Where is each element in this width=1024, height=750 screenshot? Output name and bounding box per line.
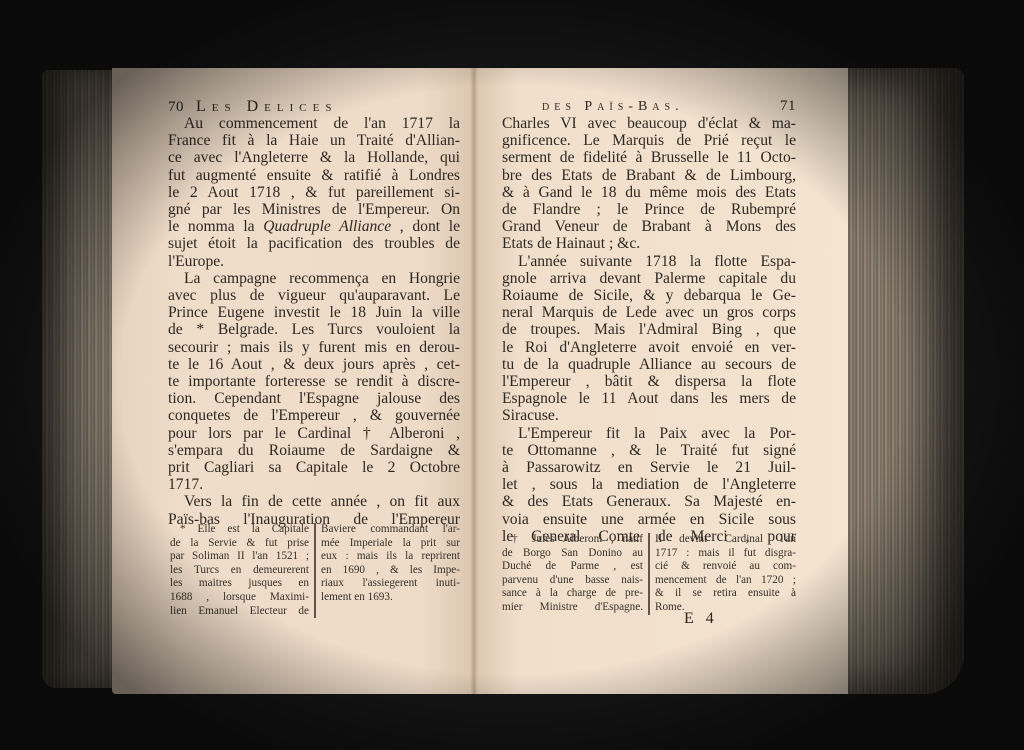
page-number-left: 70 [168, 99, 184, 116]
footnote-line: 1688 , lorsque Maximi- [170, 591, 309, 605]
text-line: à Passarowitz en Servie le 21 Juil- [486, 459, 796, 476]
text-line: Prince Eugene investit le 18 Juin la vil… [152, 304, 460, 321]
text-line: L'Empereur fit la Paix avec la Por- [502, 425, 796, 442]
text-line: Roiaume de Sicile, & y debarqua le Ge- [486, 287, 796, 304]
text-line: de * Belgrade. Les Turcs vouloient la [152, 321, 460, 338]
text-line: Vers la fin de cette année , on fit aux [168, 493, 460, 510]
text-line: te importante forteresse se rendit à dis… [152, 373, 460, 390]
text-line: Espagnole le 11 Aout dans les mers de [486, 390, 796, 407]
footnote-line: mencement de l'an 1720 ; [655, 574, 796, 588]
footnote-line: & il se retira ensuite à [655, 587, 796, 601]
footnote-line: 1717 : mais il fut disgra- [655, 547, 796, 561]
text-line: prit Cagliari sa Capitale le 2 Octobre [152, 459, 460, 476]
text-line: let , sous la mediation de l'Angleterre [486, 476, 796, 493]
text-line: Etats de Hainaut ; &c. [502, 235, 796, 252]
text-line-italic-term: le nomma la Quadruple Alliance , dont le [152, 218, 460, 235]
text-line: le 2 Aout 1718 , & fut pareillement si- [152, 184, 460, 201]
left-page: 70 Les Delices Au commencement de l'an 1… [112, 68, 474, 694]
footnote-line: les Turcs en demeurerent [170, 564, 309, 578]
text-line: serment de fidelité à Brusselle le 11 Oc… [502, 149, 796, 166]
footnote-column-rule [648, 533, 650, 615]
paragraph: Au commencement de l'an 1717 la France f… [168, 115, 460, 270]
footnote-alberoni: † Jules Alberoni , natif de Borgo San Do… [502, 533, 796, 615]
text-line: L'année suivante 1718 la flotte Espa- [502, 253, 796, 270]
text-line: neral Marquis de Lede avec un gros corps [486, 304, 796, 321]
right-running-head: des Païs-Bas. 71 [502, 98, 796, 115]
page-number-right: 71 [780, 98, 796, 115]
text-line: bre des Etats de Brabant & de Limbourg, [502, 167, 796, 184]
text-line: & des Etats Generaux. Sa Majesté en- [486, 493, 796, 510]
footnote-line: eux : mais ils la reprirent [321, 550, 460, 564]
text-line: gnificence. Le Marquis de Prié reçut le [502, 132, 796, 149]
italic-term: Quadruple Alliance [263, 218, 391, 235]
text-line: La campagne recommença en Hongrie [168, 270, 460, 287]
footnote-line: les maitres jusques en [170, 577, 309, 591]
footnote-line: * Elle est la Capitale [170, 523, 309, 537]
footnote-line: en 1690 , & les Impe- [321, 564, 460, 578]
footnote-column-rule [314, 523, 316, 618]
footnote-column-2: Baviere commandant l'ar- mée Imperiale l… [321, 523, 460, 618]
text-line: l'Empereur , bâtit & dispersa la flote [486, 373, 796, 390]
book-gutter [470, 68, 478, 694]
text-line: 1717. [152, 476, 460, 493]
left-running-head: 70 Les Delices [168, 98, 460, 115]
left-page-edges [42, 70, 114, 688]
text-line: gnole arriva devant Palerme capitale du [486, 270, 796, 287]
text-line: secourir ; mais ils y furent mis en dero… [152, 339, 460, 356]
footnote-line: par Soliman II l'an 1521 ; [170, 550, 309, 564]
text-line: Au commencement de l'an 1717 la [168, 115, 460, 132]
right-page-edges [846, 68, 964, 694]
footnote-belgrade: * Elle est la Capitale de la Servie & fu… [170, 523, 460, 618]
paragraph: La campagne recommença en Hongrie avec p… [168, 270, 460, 494]
text-line: sujet étoit la pacification des troubles… [152, 235, 460, 252]
footnote-line: Il devint Cardinal l'an [655, 533, 796, 547]
paragraph: L'année suivante 1718 la flotte Espa- gn… [502, 253, 796, 425]
text-line: le Roi d'Angleterre avoit envoié en ver- [486, 339, 796, 356]
text-line: fut augmenté ensuite & ratifié à Londres [152, 167, 460, 184]
left-page-text: 70 Les Delices Au commencement de l'an 1… [168, 98, 460, 528]
text-line: Charles VI avec beaucoup d'éclat & ma- [502, 115, 796, 132]
text-line: Grand Veneur de Brabant à Mons des [502, 218, 796, 235]
text-line: s'empara du Roiaume de Sardaigne & [152, 442, 460, 459]
paragraph: L'Empereur fit la Paix avec la Por- te O… [502, 425, 796, 545]
footnote-line: de Borgo San Donino au [502, 547, 643, 561]
text-line: avec plus de vigueur qu'auparavant. Le [152, 287, 460, 304]
text-line: de Flandre ; le Prince de Rubempré [502, 201, 796, 218]
footnote-line: lien Emanuel Electeur de [170, 605, 309, 619]
running-title-left: Les Delices [196, 98, 460, 115]
footnote-line: mier Ministre d'Espagne. [502, 601, 643, 615]
footnote-line: de la Servie & fut prise [170, 537, 309, 551]
footnote-line: sance à la charge de pre- [502, 587, 643, 601]
text-line: te le 16 Aout , & deux jours après , cet… [152, 356, 460, 373]
right-page: des Païs-Bas. 71 Charles VI avec beaucou… [474, 68, 848, 694]
text-line: tion. Cependant l'Espagne jalouse des [152, 390, 460, 407]
text-line: & à Gand le 18 du même mois des Etats [502, 184, 796, 201]
text-line: ce avec l'Angleterre & la Hollande, qui [152, 149, 460, 166]
footnote-line: parvenu d'une basse nais- [502, 574, 643, 588]
paragraph: Charles VI avec beaucoup d'éclat & ma- g… [502, 115, 796, 253]
text-line: l'Europe. [152, 253, 460, 270]
footnote-line: Duché de Parme , est [502, 560, 643, 574]
text-line: gné par les Ministres de l'Empereur. On [152, 201, 460, 218]
footnote-line: Baviere commandant l'ar- [321, 523, 460, 537]
text-line: te Ottomanne , & le Traité fut signé [486, 442, 796, 459]
footnote-column-2: Il devint Cardinal l'an 1717 : mais il f… [655, 533, 796, 615]
right-page-text: des Païs-Bas. 71 Charles VI avec beaucou… [502, 98, 796, 545]
text-line: de troupes. Mais l'Admiral Bing , que [486, 321, 796, 338]
text-line: voia ensuite une armée en Sicile sous [486, 511, 796, 528]
footnote-column-1: * Elle est la Capitale de la Servie & fu… [170, 523, 309, 618]
text-line: pour lors par le Cardinal † Alberoni , [152, 425, 460, 442]
footnote-line: Rome. [655, 601, 796, 615]
text-line: France fit à la Haie un Traité d'Allian- [152, 132, 460, 149]
footnote-line: lement en 1693. [321, 591, 460, 605]
running-title-right: des Païs-Bas. [542, 98, 780, 115]
text-line: Siracuse. [486, 407, 796, 424]
footnote-line: riaux l'assiegerent inuti- [321, 577, 460, 591]
footnote-line: † Jules Alberoni , natif [502, 533, 643, 547]
footnote-column-1: † Jules Alberoni , natif de Borgo San Do… [502, 533, 643, 615]
footnote-line: mée Imperiale la prit sur [321, 537, 460, 551]
text-line: conquetes de l'Empereur , & gouvernée [152, 407, 460, 424]
text-line: tu de la quadruple Alliance au secours d… [486, 356, 796, 373]
signature-mark: E 4 [684, 610, 718, 628]
footnote-line: cié & renvoié au com- [655, 560, 796, 574]
